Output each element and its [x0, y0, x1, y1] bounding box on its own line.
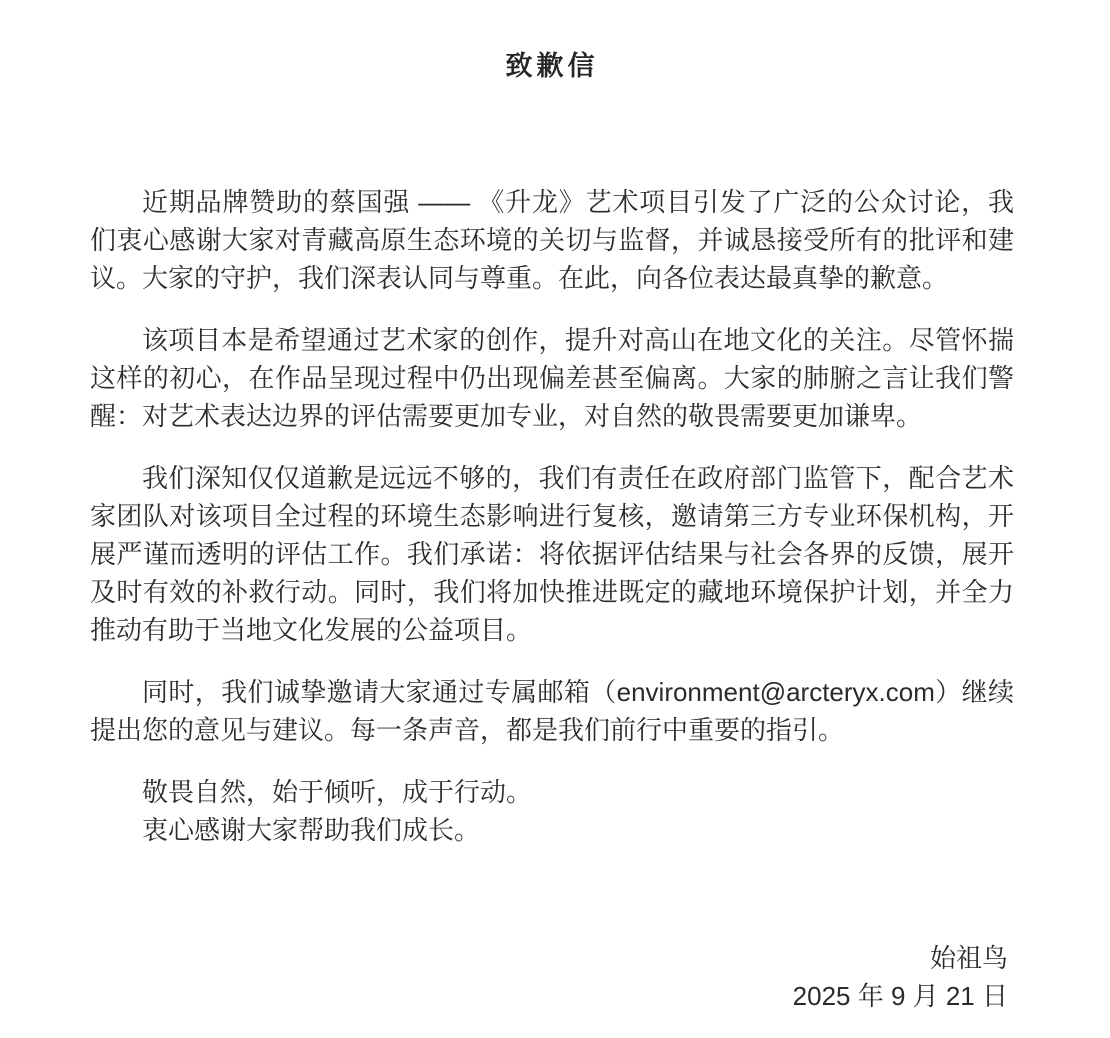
letter-closing-line-2: 衷心感谢大家帮助我们成长。 — [90, 811, 1014, 849]
letter-paragraph-3: 我们深知仅仅道歉是远远不够的，我们有责任在政府部门监管下，配合艺术家团队对该项目… — [90, 459, 1014, 649]
signature-name: 始祖鸟 — [90, 939, 1008, 977]
signature-block: 始祖鸟 2025 年 9 月 21 日 — [90, 939, 1014, 1015]
letter-title: 致歉信 — [90, 44, 1014, 83]
letter-paragraph-4: 同时，我们诚挚邀请大家通过专属邮箱（environment@arcteryx.c… — [90, 673, 1014, 749]
apology-letter-document: 致歉信 近期品牌赞助的蔡国强 —— 《升龙》艺术项目引发了广泛的公众讨论，我们衷… — [0, 0, 1110, 1038]
letter-body: 近期品牌赞助的蔡国强 —— 《升龙》艺术项目引发了广泛的公众讨论，我们衷心感谢大… — [90, 183, 1014, 849]
letter-paragraph-1: 近期品牌赞助的蔡国强 —— 《升龙》艺术项目引发了广泛的公众讨论，我们衷心感谢大… — [90, 183, 1014, 297]
letter-paragraph-2: 该项目本是希望通过艺术家的创作，提升对高山在地文化的关注。尽管怀揣这样的初心，在… — [90, 321, 1014, 435]
signature-date: 2025 年 9 月 21 日 — [90, 977, 1008, 1015]
letter-closing-line-1: 敬畏自然，始于倾听，成于行动。 — [90, 773, 1014, 811]
